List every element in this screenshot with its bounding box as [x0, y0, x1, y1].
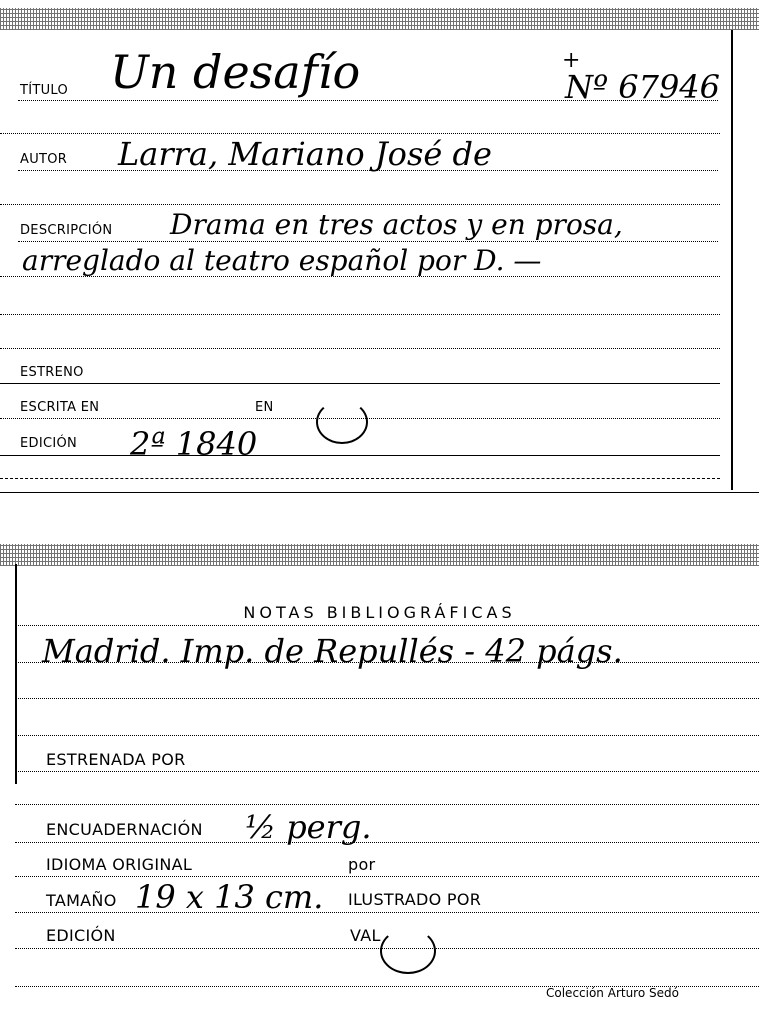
card-bottom-edge [0, 492, 759, 493]
rule-line [15, 698, 759, 699]
scanned-edge-top [0, 544, 759, 566]
descripcion-line2: arreglado al teatro español por D. — [22, 244, 541, 277]
rule-line [0, 204, 720, 205]
catalog-card-back: NOTAS BIBLIOGRÁFICAS Madrid. Imp. de Rep… [0, 540, 759, 1028]
punch-hole-mark [380, 928, 436, 974]
titulo-value: Un desafío [110, 45, 360, 99]
estreno-line [0, 383, 720, 384]
collection-footer: Colección Arturo Sedó [546, 986, 679, 1000]
edicion-back-label: EDICIÓN [46, 926, 116, 945]
estrenada-por-label: ESTRENADA POR [46, 750, 186, 769]
titulo-label: TÍTULO [20, 83, 68, 98]
scanned-edge-top [0, 8, 759, 30]
rule-line [15, 804, 759, 805]
card-left-border [15, 564, 17, 784]
notas-value: Madrid. Imp. de Repullés - 42 págs. [42, 632, 623, 670]
tamano-label: TAMAÑO [46, 891, 117, 910]
edicion-back-line [15, 948, 759, 949]
descripcion-line [18, 241, 718, 242]
escrita-en-en-label: EN [255, 400, 274, 415]
rule-line [0, 478, 720, 479]
punch-hole-mark [316, 400, 368, 444]
descripcion-label: DESCRIPCIÓN [20, 223, 112, 238]
encuadernacion-value: ½ perg. [245, 808, 372, 846]
notas-heading: NOTAS BIBLIOGRÁFICAS [0, 603, 759, 622]
ilustrado-por-label: ILUSTRADO POR [348, 890, 481, 909]
rule-line [0, 314, 720, 315]
autor-value: Larra, Mariano José de [118, 135, 492, 173]
edicion-line [0, 455, 720, 456]
escrita-en-label: ESCRITA EN [20, 400, 99, 415]
autor-label: AUTOR [20, 152, 67, 167]
idioma-original-line [15, 876, 759, 877]
tamano-line [15, 912, 759, 913]
encuadernacion-label: ENCUADERNACIÓN [46, 820, 203, 839]
valor-label: VAL [350, 926, 381, 945]
edicion-value: 2ª 1840 [130, 425, 257, 463]
edicion-label: EDICIÓN [20, 436, 77, 451]
rule-line [0, 348, 720, 349]
autor-line [18, 170, 718, 171]
idioma-original-label: IDIOMA ORIGINAL [46, 855, 192, 874]
rule-line [0, 276, 720, 277]
idioma-original-por-label: por [348, 855, 375, 874]
rule-line [15, 735, 759, 736]
estreno-label: ESTRENO [20, 365, 84, 380]
estrenada-por-line [15, 771, 759, 772]
rule-line [15, 662, 759, 663]
rule-line [0, 133, 720, 134]
encuadernacion-line [15, 842, 759, 843]
tamano-value: 19 x 13 cm. [135, 878, 323, 916]
card-right-border [731, 30, 733, 490]
rule-line [15, 625, 759, 626]
titulo-line [18, 100, 718, 101]
catalog-card-front: TÍTULO Un desafío + Nº 67946 AUTOR Larra… [0, 0, 759, 495]
descripcion-line1: Drama en tres actos y en prosa, [170, 208, 623, 241]
